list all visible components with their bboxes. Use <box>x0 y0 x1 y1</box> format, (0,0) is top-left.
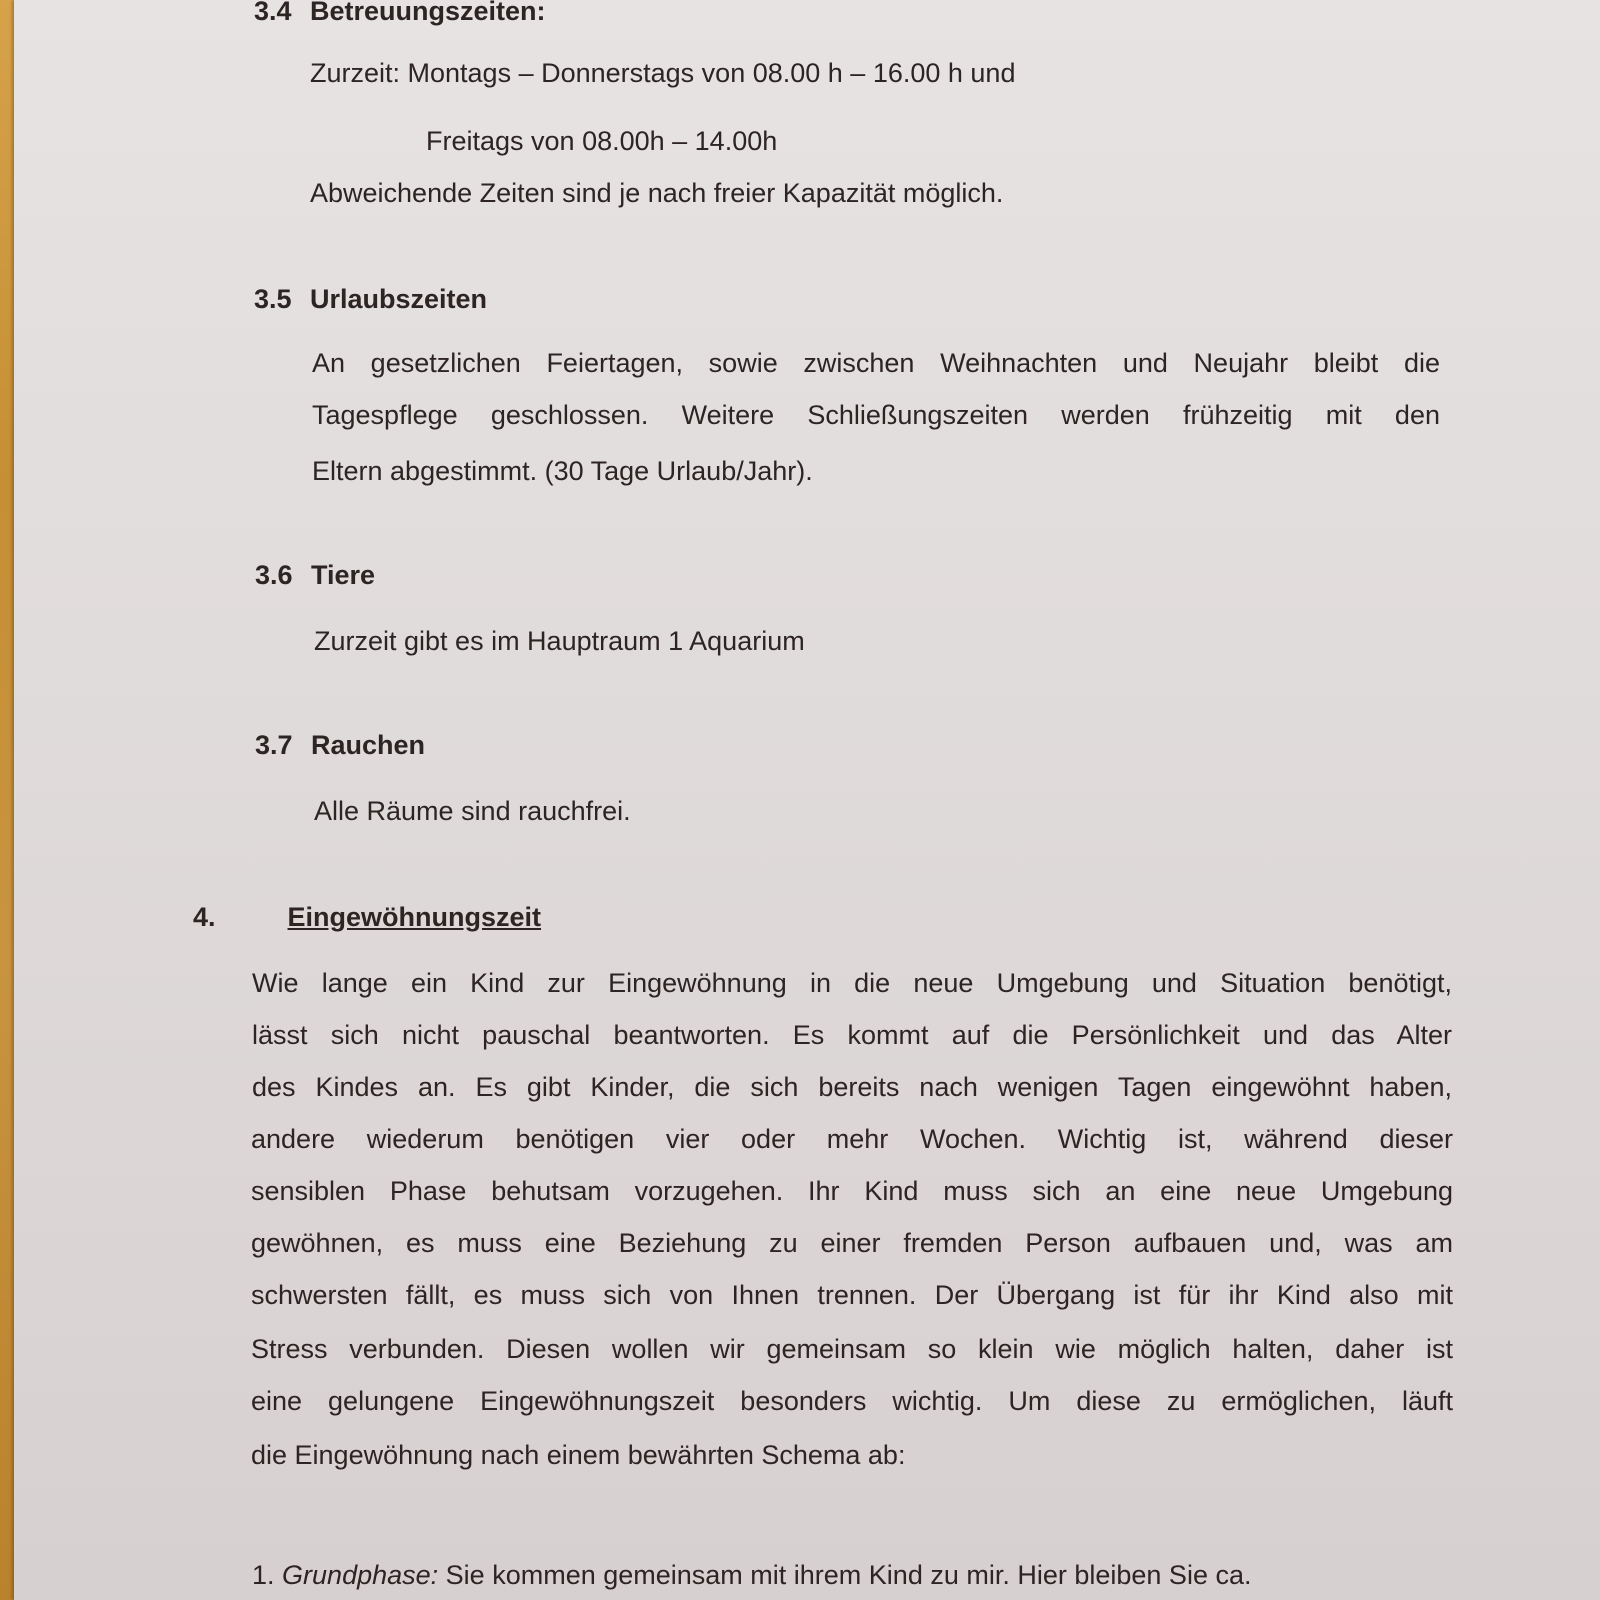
list-marker: 1. <box>252 1560 275 1590</box>
paragraph-line: Zurzeit: Montags – Donnerstags von 08.00… <box>310 58 1015 89</box>
section-number: 3.5 <box>254 284 310 315</box>
section-heading-3-7: 3.7Rauchen <box>255 730 425 761</box>
section-title: Urlaubszeiten <box>310 284 487 314</box>
section-heading-3-4: 3.4Betreuungszeiten: <box>254 0 546 27</box>
section-title: Rauchen <box>311 730 425 760</box>
paragraph-line: lässt sich nicht pauschal beantworten. E… <box>252 1020 1452 1051</box>
chapter-title: Eingewöhnungszeit <box>288 902 542 932</box>
paragraph-line: Tagespflege geschlossen. Weitere Schließ… <box>312 400 1440 431</box>
list-item: 1. Grundphase: Sie kommen gemeinsam mit … <box>252 1560 1251 1591</box>
paragraph-line: des Kindes an. Es gibt Kinder, die sich … <box>252 1072 1452 1103</box>
paragraph-line: Freitags von 08.00h – 14.00h <box>426 126 777 157</box>
phase-label: Grundphase: <box>282 1560 438 1590</box>
paragraph-line: die Eingewöhnung nach einem bewährten Sc… <box>251 1440 905 1471</box>
paragraph-line: schwersten fällt, es muss sich von Ihnen… <box>251 1280 1453 1311</box>
section-number: 3.4 <box>254 0 310 27</box>
paragraph-line: sensiblen Phase behutsam vorzugehen. Ihr… <box>251 1176 1453 1207</box>
paragraph-line: Stress verbunden. Diesen wollen wir geme… <box>251 1334 1453 1365</box>
list-text: Sie kommen gemeinsam mit ihrem Kind zu m… <box>446 1560 1252 1590</box>
paragraph-line: andere wiederum benötigen vier oder mehr… <box>251 1124 1453 1155</box>
paragraph-line: Abweichende Zeiten sind je nach freier K… <box>310 178 1003 209</box>
paragraph-line: An gesetzlichen Feiertagen, sowie zwisch… <box>312 348 1440 379</box>
paragraph-line: Eltern abgestimmt. (30 Tage Urlaub/Jahr)… <box>312 456 813 487</box>
section-number: 3.7 <box>255 730 311 761</box>
chapter-number: 4. <box>193 902 216 932</box>
section-title: Betreuungszeiten: <box>310 0 546 26</box>
paragraph-line: Zurzeit gibt es im Hauptraum 1 Aquarium <box>314 626 805 657</box>
paragraph-line: Alle Räume sind rauchfrei. <box>314 796 631 827</box>
chapter-heading-4: 4.Eingewöhnungszeit <box>193 902 541 933</box>
paragraph-line: eine gelungene Eingewöhnungszeit besonde… <box>251 1386 1453 1417</box>
section-heading-3-6: 3.6Tiere <box>255 560 375 591</box>
section-heading-3-5: 3.5Urlaubszeiten <box>254 284 487 315</box>
section-title: Tiere <box>311 560 375 590</box>
document: 3.4Betreuungszeiten: Zurzeit: Montags – … <box>0 0 1600 1600</box>
section-number: 3.6 <box>255 560 311 591</box>
paragraph-line: Wie lange ein Kind zur Eingewöhnung in d… <box>252 968 1452 999</box>
paragraph-line: gewöhnen, es muss eine Beziehung zu eine… <box>251 1228 1453 1259</box>
